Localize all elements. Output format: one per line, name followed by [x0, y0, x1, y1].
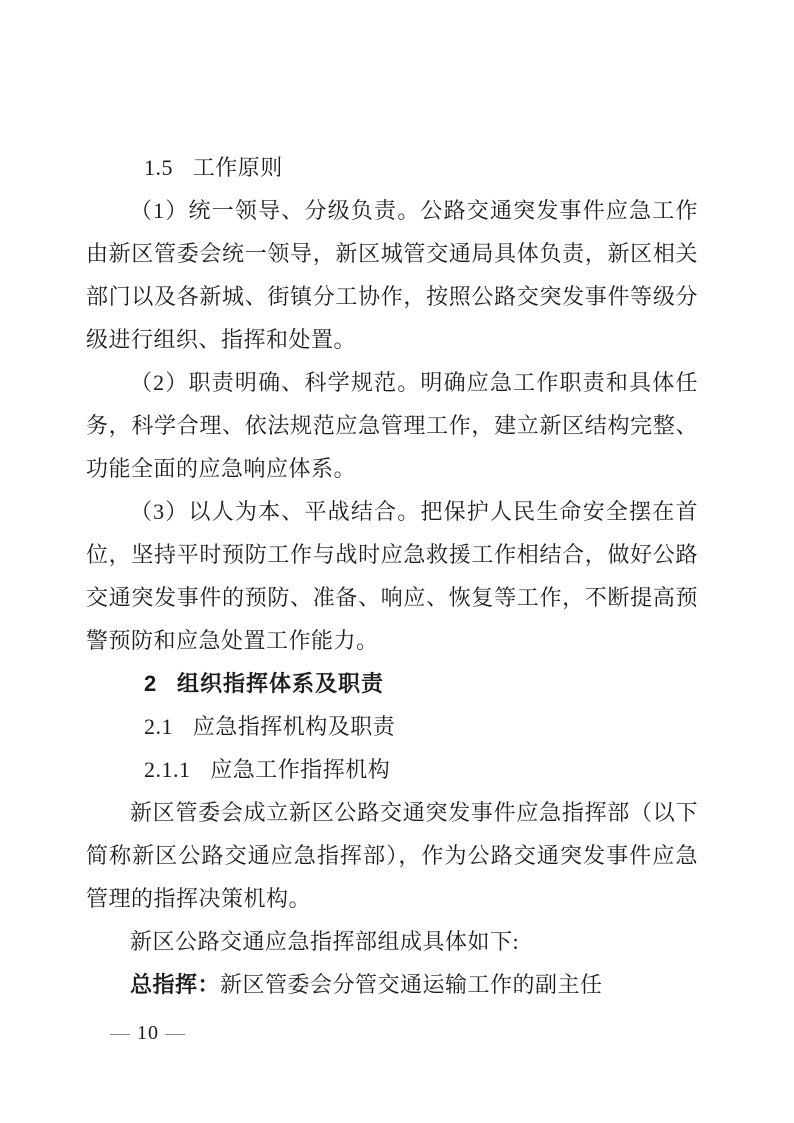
heading-2-1-1: 2.1.1应急工作指挥机构: [86, 748, 698, 791]
heading-2-1-1-title: 应急工作指挥机构: [210, 757, 390, 782]
paragraph-composition-intro: 新区公路交通应急指挥部组成具体如下:: [86, 920, 698, 963]
heading-1-5: 1.5工作原则: [86, 146, 698, 189]
heading-2-number: 2: [144, 662, 157, 705]
chief-commander-text: 新区管委会分管交通运输工作的副主任: [220, 972, 603, 997]
heading-2-1-title: 应急指挥机构及职责: [193, 714, 396, 739]
document-page: 1.5工作原则 （1）统一领导、分级负责。公路交通突发事件应急工作由新区管委会统…: [0, 0, 794, 1123]
heading-1-5-number: 1.5: [144, 146, 173, 189]
paragraph-unified-leadership: （1）统一领导、分级负责。公路交通突发事件应急工作由新区管委会统一领导，新区城管…: [86, 189, 698, 361]
paragraph-clear-duties: （2）职责明确、科学规范。明确应急工作职责和具体任务，科学合理、依法规范应急管理…: [86, 361, 698, 490]
page-number-dash-right: —: [159, 1022, 192, 1044]
heading-2-1: 2.1应急指挥机构及职责: [86, 705, 698, 748]
page-number: —10—: [104, 1020, 192, 1046]
heading-1-5-title: 工作原则: [193, 155, 283, 180]
chief-commander-label: 总指挥：: [130, 972, 220, 997]
paragraph-command-establishment: 新区管委会成立新区公路交通突发事件应急指挥部（以下简称新区公路交通应急指挥部），…: [86, 791, 698, 920]
heading-2-title: 组织指挥体系及职责: [177, 671, 384, 696]
heading-2-1-1-number: 2.1.1: [144, 748, 191, 791]
paragraph-people-first: （3）以人为本、平战结合。把保护人民生命安全摆在首位，坚持平时预防工作与战时应急…: [86, 490, 698, 662]
heading-2: 2组织指挥体系及职责: [86, 662, 698, 705]
heading-2-1-number: 2.1: [144, 705, 173, 748]
page-number-dash-left: —: [104, 1022, 137, 1044]
page-number-value: 10: [137, 1022, 159, 1044]
paragraph-chief-commander: 总指挥：新区管委会分管交通运输工作的副主任: [86, 963, 698, 1006]
document-body: 1.5工作原则 （1）统一领导、分级负责。公路交通突发事件应急工作由新区管委会统…: [86, 146, 698, 1006]
